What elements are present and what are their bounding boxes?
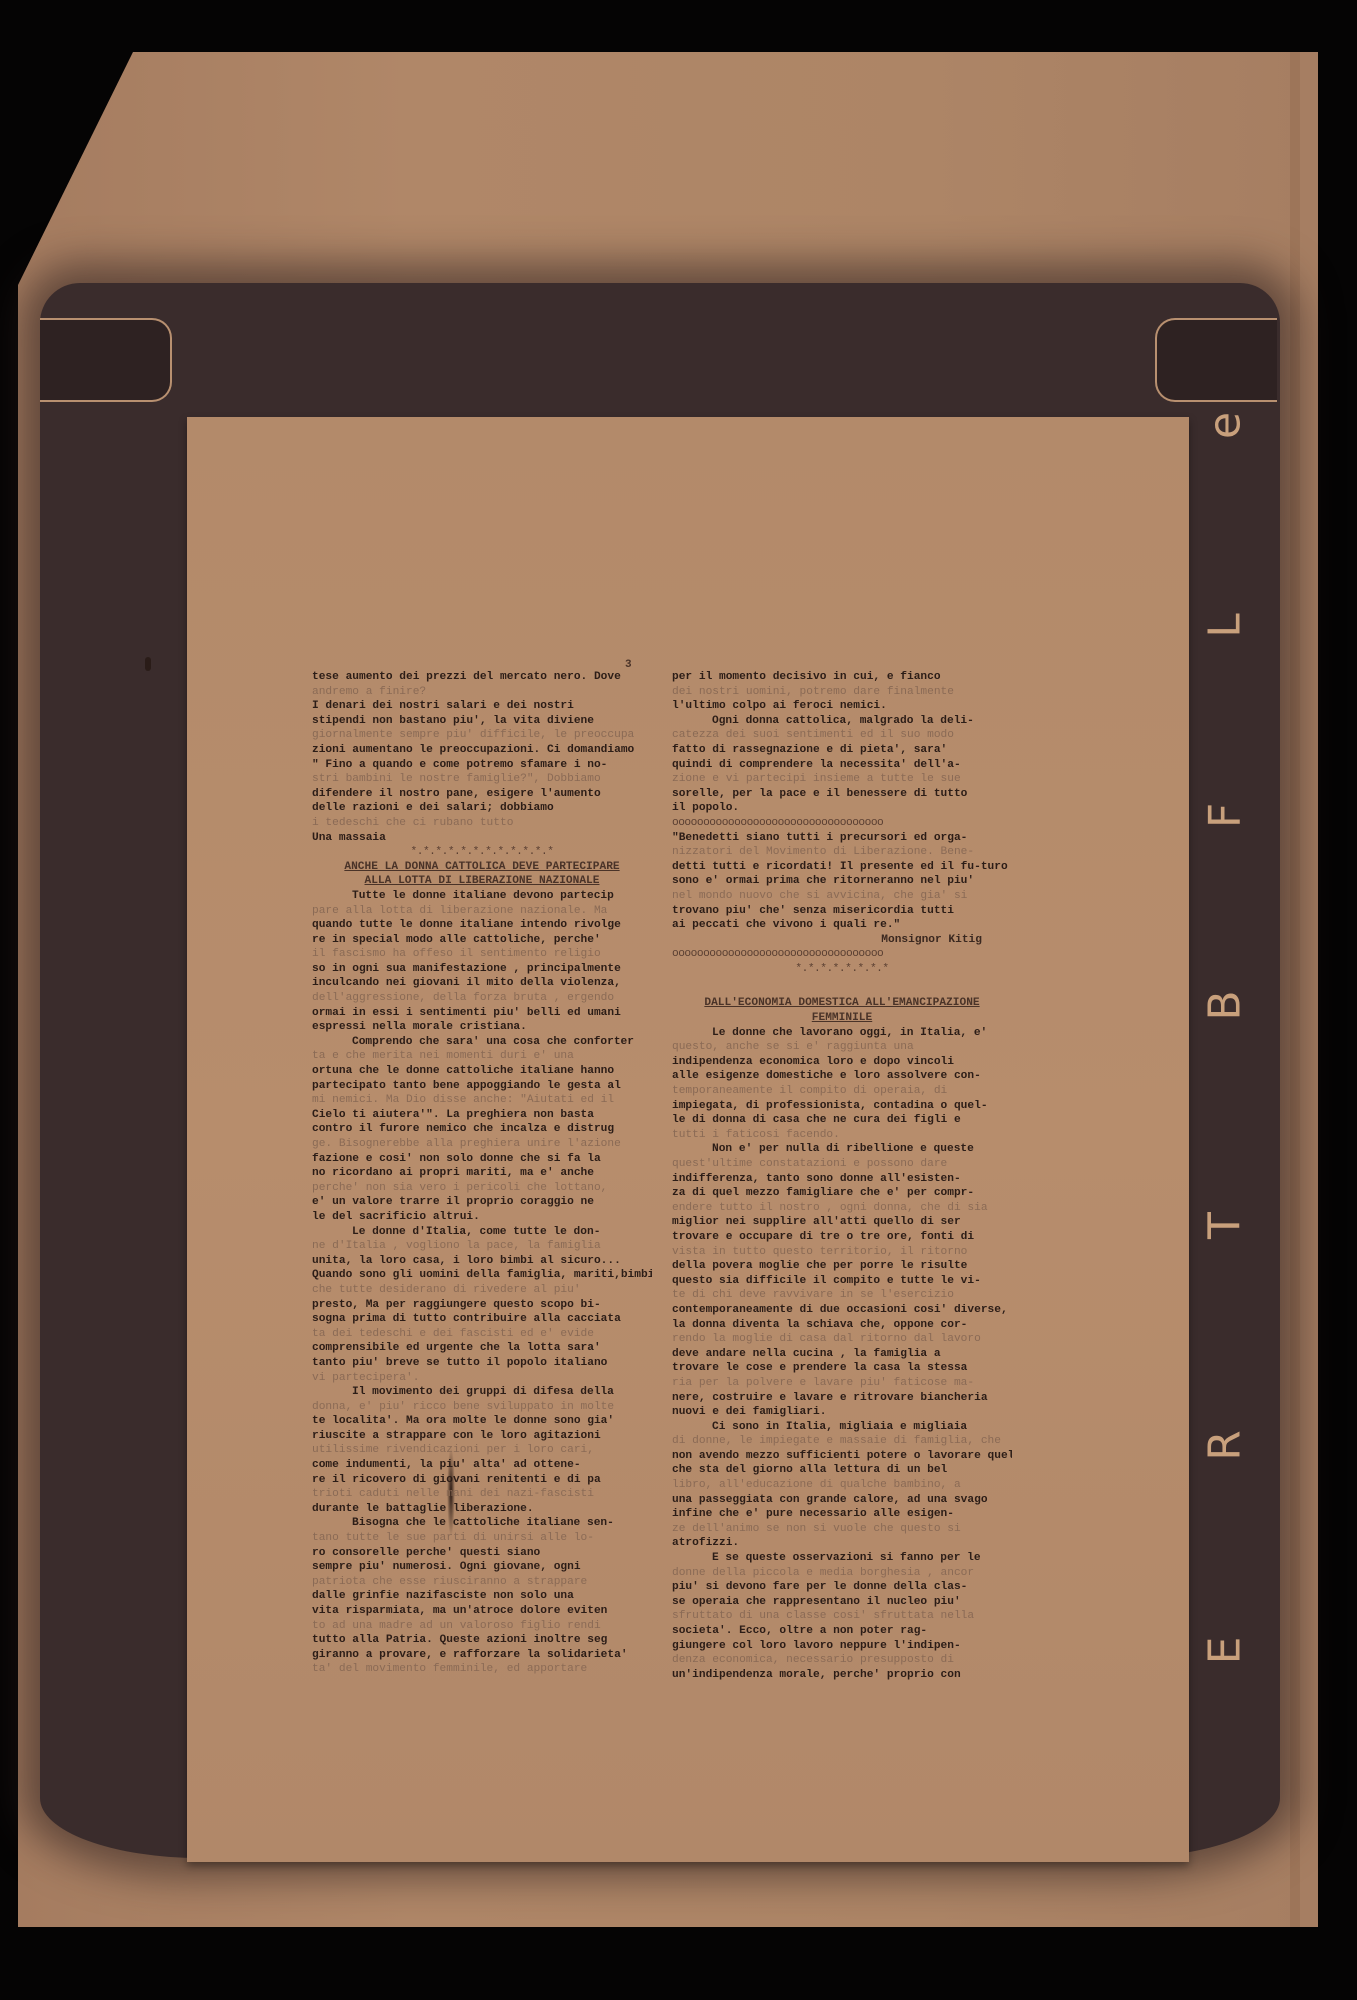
text-line: rendo la moglie di casa dal ritorno dal … xyxy=(672,1332,1012,1347)
headline-line: DALL'ECONOMIA DOMESTICA ALL'EMANCIPAZION… xyxy=(672,996,1012,1011)
text-line: Quando sono gli uomini della famiglia, m… xyxy=(312,1268,652,1283)
text-line: sorelle, per la pace e il benessere di t… xyxy=(672,787,1012,802)
spine-letter: F xyxy=(1200,786,1251,846)
body-paragraph: Non e' per nulla di ribellione e questeq… xyxy=(672,1142,1012,1419)
text-line: questo sia difficile il compito e tutte … xyxy=(672,1274,1012,1289)
text-line: mi nemici. Ma Dio disse anche: "Aiutati … xyxy=(312,1093,652,1108)
text-line: ze dell'animo se non si vuole che questo… xyxy=(672,1522,1012,1537)
text-line: atrofizzi. xyxy=(672,1536,1012,1551)
text-line: trovare e occupare di tre o tre ore, fon… xyxy=(672,1230,1012,1245)
right-column: per il momento decisivo in cui, e fianco… xyxy=(672,670,1012,1682)
separator: oooooooooooooooooooooooooooooooooo xyxy=(672,816,1012,831)
text-line: nel mondo nuovo che si avvicina, che gia… xyxy=(672,889,1012,904)
text-line: " Fino a quando e come potremo sfamare i… xyxy=(312,758,652,773)
text-line: presto, Ma per raggiungere questo scopo … xyxy=(312,1298,652,1313)
text-line: nuovi e dei famigliari. xyxy=(672,1405,1012,1420)
document-page: 3 tese aumento dei prezzi del mercato ne… xyxy=(187,417,1189,1862)
text-line: giungere col loro lavoro neppure l'indip… xyxy=(672,1639,1012,1654)
text-line: trioti caduti nelle mani dei nazi-fascis… xyxy=(312,1487,652,1502)
separator: *.*.*.*.*.*.*.* xyxy=(672,962,1012,977)
text-line: endere tutto il nostro , ogni donna, che… xyxy=(672,1201,1012,1216)
separator: oooooooooooooooooooooooooooooooooo xyxy=(672,947,1012,962)
text-line: trovare le cose e prendere la casa la st… xyxy=(672,1361,1012,1376)
text-line: Cielo ti aiutera'". La preghiera non bas… xyxy=(312,1108,652,1123)
text-line: contemporaneamente di due occasioni cosi… xyxy=(672,1303,1012,1318)
text-line: tanto piu' breve se tutto il popolo ital… xyxy=(312,1356,652,1371)
text-line: ta dei tedeschi e dei fascisti ed e' evi… xyxy=(312,1327,652,1342)
text-line: no ricordano ai propri mariti, ma e' anc… xyxy=(312,1166,652,1181)
text-line: fazione e cosi' non solo donne che si fa… xyxy=(312,1152,652,1167)
text-line: andremo a finire? xyxy=(312,685,652,700)
article-headline: DALL'ECONOMIA DOMESTICA ALL'EMANCIPAZION… xyxy=(672,996,1012,1025)
text-line: Il movimento dei gruppi di difesa della xyxy=(312,1385,652,1400)
text-line: i tedeschi che ci rubano tutto xyxy=(312,816,652,831)
text-line: perche' non sia vero i pericoli che lott… xyxy=(312,1181,652,1196)
text-line: donne della piccola e media borghesia , … xyxy=(672,1566,1012,1581)
text-line: le del sacrificio altrui. xyxy=(312,1210,652,1225)
text-line: giornalmente sempre piu' difficile, le p… xyxy=(312,728,652,743)
text-line: il popolo. xyxy=(672,801,1012,816)
text-line: non avendo mezzo sufficienti potere o la… xyxy=(672,1449,1012,1464)
spine-letter: e xyxy=(1200,396,1251,456)
text-line: le di donna di casa che ne cura dei figl… xyxy=(672,1113,1012,1128)
headline-line: FEMMINILE xyxy=(672,1011,1012,1026)
text-line: ge. Bisognerebbe alla preghiera unire l'… xyxy=(312,1137,652,1152)
text-line: trovano piu' che' senza misericordia tut… xyxy=(672,904,1012,919)
text-line: la donna diventa la schiava che, oppone … xyxy=(672,1318,1012,1333)
text-line: dalle grinfie nazifasciste non solo una xyxy=(312,1589,652,1604)
text-line: za di quel mezzo famigliare che e' per c… xyxy=(672,1186,1012,1201)
text-line: detti tutti e ricordati! Il presente ed … xyxy=(672,860,1012,875)
text-line: vita risparmiata, ma un'atroce dolore ev… xyxy=(312,1604,652,1619)
text-line: l'ultimo colpo ai feroci nemici. xyxy=(672,699,1012,714)
intro-paragraph: tese aumento dei prezzi del mercato nero… xyxy=(312,670,652,845)
body-paragraph: Le donne che lavorano oggi, in Italia, e… xyxy=(672,1026,1012,1143)
text-line: il fascismo ha offeso il sentimento reli… xyxy=(312,947,652,962)
headline-line: ALLA LOTTA DI LIBERAZIONE NAZIONALE xyxy=(312,874,652,889)
text-line: tano tutte le sue parti di unirsi alle l… xyxy=(312,1531,652,1546)
text-line: nizzatori del Movimento di Liberazione. … xyxy=(672,845,1012,860)
text-line: Ogni donna cattolica, malgrado la deli- xyxy=(672,714,1012,729)
text-line: so in ogni sua manifestazione , principa… xyxy=(312,962,652,977)
text-line: dell'aggressione, della forza bruta , er… xyxy=(312,991,652,1006)
text-line: stipendi non bastano piu', la vita divie… xyxy=(312,714,652,729)
text-line: espressi nella morale cristiana. xyxy=(312,1020,652,1035)
body-paragraph: Bisogna che le cattoliche italiane sen-t… xyxy=(312,1516,652,1677)
text-line: contro il furore nemico che incalza e di… xyxy=(312,1122,652,1137)
spine-letter: T xyxy=(1200,1196,1251,1256)
board-edge xyxy=(1290,52,1300,1927)
headline-line: ANCHE LA DONNA CATTOLICA DEVE PARTECIPAR… xyxy=(312,860,652,875)
text-line: per il momento decisivo in cui, e fianco xyxy=(672,670,1012,685)
text-line: alle esigenze domestiche e loro assolver… xyxy=(672,1069,1012,1084)
text-line: Tutte le donne italiane devono partecip xyxy=(312,889,652,904)
text-line: sono e' ormai prima che ritorneranno nel… xyxy=(672,874,1012,889)
text-line: riuscite a strappare con le loro agitazi… xyxy=(312,1429,652,1444)
body-paragraph: Il movimento dei gruppi di difesa dellad… xyxy=(312,1385,652,1516)
spine-letter: L xyxy=(1200,596,1251,656)
text-line: ria per la polvere e lavare piu' faticos… xyxy=(672,1376,1012,1391)
text-line: I denari dei nostri salari e dei nostri xyxy=(312,699,652,714)
text-line: tutto alla Patria. Queste azioni inoltre… xyxy=(312,1633,652,1648)
text-line: della povera moglie che per porre le ris… xyxy=(672,1259,1012,1274)
text-line: ne d'Italia , vogliono la pace, la famig… xyxy=(312,1239,652,1254)
body-paragraph: Tutte le donne italiane devono partecipp… xyxy=(312,889,652,1035)
text-line: delle razioni e dei salari; dobbiamo xyxy=(312,801,652,816)
text-line: quando tutte le donne italiane intendo r… xyxy=(312,918,652,933)
text-line: deve andare nella cucina , la famiglia a xyxy=(672,1347,1012,1362)
text-line: comprensibile ed urgente che la lotta sa… xyxy=(312,1341,652,1356)
text-line: Comprendo che sara' una cosa che confort… xyxy=(312,1035,652,1050)
text-line: come indumenti, la piu' alta' ad ottene- xyxy=(312,1458,652,1473)
spine-letter: B xyxy=(1200,976,1251,1036)
text-line: infine che e' pure necessario alle esige… xyxy=(672,1507,1012,1522)
text-line: patriota che esse riusciranno a strappar… xyxy=(312,1575,652,1590)
text-line: un'indipendenza morale, perche' proprio … xyxy=(672,1668,1012,1683)
text-line: durante le battaglie liberazione. xyxy=(312,1502,652,1517)
text-line: libro, all'educazione di qualche bambino… xyxy=(672,1478,1012,1493)
text-line: vi partecipera'. xyxy=(312,1371,652,1386)
text-line: pare alla lotta di liberazione nazionale… xyxy=(312,904,652,919)
text-line: tese aumento dei prezzi del mercato nero… xyxy=(312,670,652,685)
text-line: re il ricovero di giovani renitenti e di… xyxy=(312,1473,652,1488)
text-line: quindi di comprendere la necessita' dell… xyxy=(672,758,1012,773)
text-line: tutti i faticosi facendo. xyxy=(672,1128,1012,1143)
text-line: Una massaia xyxy=(312,831,652,846)
text-line: difendere il nostro pane, esigere l'aume… xyxy=(312,787,652,802)
spine-letter: R xyxy=(1200,1416,1251,1476)
text-line: e' un valore trarre il proprio coraggio … xyxy=(312,1195,652,1210)
text-line: stri bambini le nostre famiglie?", Dobbi… xyxy=(312,772,652,787)
text-line: societa'. Ecco, oltre a non poter rag- xyxy=(672,1624,1012,1639)
text-line: se operaia che rappresentano il nucleo p… xyxy=(672,1595,1012,1610)
text-line: sogna prima di tutto contribuire alla ca… xyxy=(312,1312,652,1327)
text-line: impiegata, di professionista, contadina … xyxy=(672,1099,1012,1114)
text-line: quest'ultime constatazioni e possono dar… xyxy=(672,1157,1012,1172)
body-paragraph: Ci sono in Italia, migliaia e migliaiadi… xyxy=(672,1420,1012,1551)
text-line: Le donne che lavorano oggi, in Italia, e… xyxy=(672,1026,1012,1041)
text-line: fatto di rassegnazione e di pieta', sara… xyxy=(672,743,1012,758)
spine-masthead: e L F B T R E xyxy=(1195,380,1255,1780)
text-line: ta e che merita nei momenti duri e' una xyxy=(312,1049,652,1064)
text-line: temporaneamente il compito di operaia, d… xyxy=(672,1084,1012,1099)
spine-letter: E xyxy=(1200,1621,1251,1681)
text-line: Bisogna che le cattoliche italiane sen- xyxy=(312,1516,652,1531)
separator: *.*.*.*.*.*.*.*.*.*.*.* xyxy=(312,845,652,860)
text-line: te di chi deve ravvivare in se l'eserciz… xyxy=(672,1288,1012,1303)
text-line: utilissime rivendicazioni per i loro car… xyxy=(312,1443,652,1458)
text-line: di donne, le impiegate e massaie di fami… xyxy=(672,1434,1012,1449)
body-paragraph: E se queste osservazioni si fanno per le… xyxy=(672,1551,1012,1682)
intro-paragraph: per il momento decisivo in cui, e fianco… xyxy=(672,670,1012,714)
text-line: "Benedetti siano tutti i precursori ed o… xyxy=(672,831,1012,846)
body-paragraph: Comprendo che sara' una cosa che confort… xyxy=(312,1035,652,1225)
text-line: dei nostri uomini, potremo dare finalmen… xyxy=(672,685,1012,700)
text-line: partecipato tanto bene appoggiando le ge… xyxy=(312,1079,652,1094)
text-line: ta' del movimento femminile, ed apportar… xyxy=(312,1662,652,1677)
quote-block: "Benedetti siano tutti i precursori ed o… xyxy=(672,831,1012,933)
text-line: sfruttato di una classe cosi' sfruttata … xyxy=(672,1609,1012,1624)
text-line: re in special modo alle cattoliche, perc… xyxy=(312,933,652,948)
text-line: ormai in essi i sentimenti piu' belli ed… xyxy=(312,1006,652,1021)
text-line: che tutte desiderano di rivedere al piu' xyxy=(312,1283,652,1298)
frame-tab-left xyxy=(40,318,172,402)
text-line: indipendenza economica loro e dopo vinco… xyxy=(672,1055,1012,1070)
text-line: unita, la loro casa, i loro bimbi al sic… xyxy=(312,1254,652,1269)
signature: Monsignor Kitig xyxy=(672,933,1012,948)
body-paragraph: Ogni donna cattolica, malgrado la deli-c… xyxy=(672,714,1012,816)
text-line: nere, costruire e lavare e ritrovare bia… xyxy=(672,1391,1012,1406)
text-line: E se queste osservazioni si fanno per le xyxy=(672,1551,1012,1566)
margin-mark xyxy=(145,657,151,671)
text-line: inculcando nei giovani il mito della vio… xyxy=(312,976,652,991)
text-line: zione e vi partecipi insieme a tutte le … xyxy=(672,772,1012,787)
text-line: ai peccati che vivono i quali re." xyxy=(672,918,1012,933)
text-line: ro consorelle perche' questi siano xyxy=(312,1546,652,1561)
text-line: Non e' per nulla di ribellione e queste xyxy=(672,1142,1012,1157)
text-line: donna, e' piu' ricco bene sviluppato in … xyxy=(312,1400,652,1415)
text-line: ortuna che le donne cattoliche italiane … xyxy=(312,1064,652,1079)
text-line: Ci sono in Italia, migliaia e migliaia xyxy=(672,1420,1012,1435)
text-line: piu' si devono fare per le donne della c… xyxy=(672,1580,1012,1595)
text-line: miglior nei supplire all'atti quello di … xyxy=(672,1215,1012,1230)
text-line: catezza dei suoi sentimenti ed il suo mo… xyxy=(672,728,1012,743)
article-headline: ANCHE LA DONNA CATTOLICA DEVE PARTECIPAR… xyxy=(312,860,652,889)
text-line: sempre piu' numerosi. Ogni giovane, ogni xyxy=(312,1560,652,1575)
text-line: vista in tutto questo territorio, il rit… xyxy=(672,1245,1012,1260)
left-column: tese aumento dei prezzi del mercato nero… xyxy=(312,670,652,1677)
text-line: Le donne d'Italia, come tutte le don- xyxy=(312,1225,652,1240)
text-line: che sta del giorno alla lettura di un be… xyxy=(672,1463,1012,1478)
body-paragraph: Le donne d'Italia, come tutte le don-ne … xyxy=(312,1225,652,1386)
text-line: te localita'. Ma ora molte le donne sono… xyxy=(312,1414,652,1429)
text-line: una passeggiata con grande calore, ad un… xyxy=(672,1493,1012,1508)
text-line: zioni aumentano le preoccupazioni. Ci do… xyxy=(312,743,652,758)
text-line: questo, anche se si e' raggiunta una xyxy=(672,1040,1012,1055)
text-line: denza economica, necessario presupposto … xyxy=(672,1653,1012,1668)
text-line: indifferenza, tanto sono donne all'esist… xyxy=(672,1172,1012,1187)
text-line: giranno a provare, e rafforzare la solid… xyxy=(312,1648,652,1663)
text-line: to ad una madre ad un valoroso figlio re… xyxy=(312,1619,652,1634)
